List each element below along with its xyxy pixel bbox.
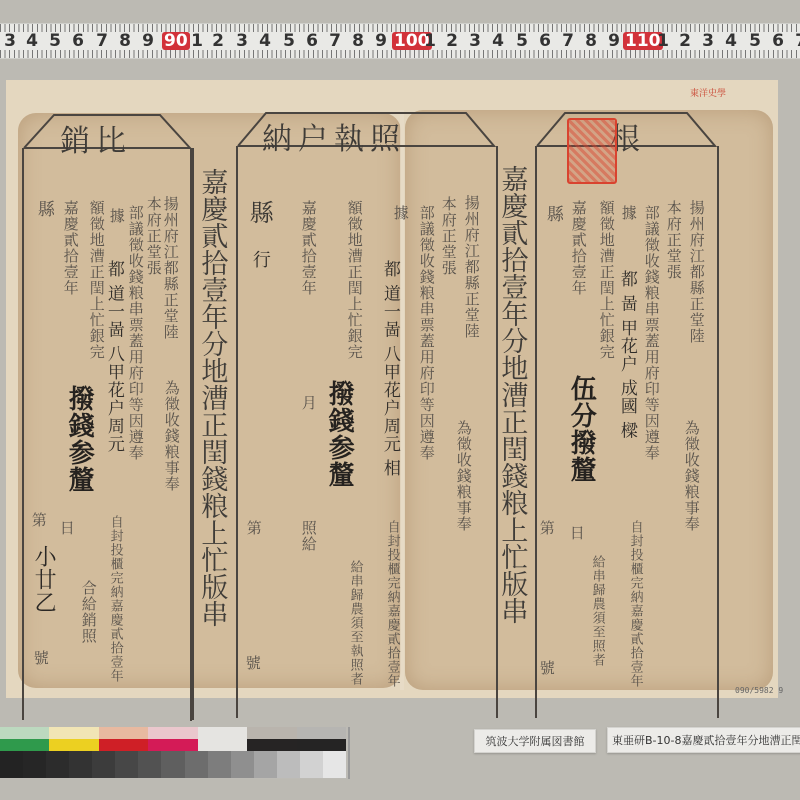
ruler-number: 8 xyxy=(115,32,135,50)
color-swatch xyxy=(231,751,254,778)
ruler-number: 2 xyxy=(208,32,228,50)
main-line-middle: 嘉慶貳拾壹年分地漕正閏錢粮上忙版串 xyxy=(497,165,525,695)
text-di-left: 第 xyxy=(30,512,46,528)
main-line-left: 嘉慶貳拾壹年分地漕正閏錢粮上忙版串 xyxy=(197,168,225,698)
text-col4-right: 據 xyxy=(620,205,636,221)
text-col1-middle: 揚州府江都縣正堂陸 xyxy=(463,195,479,339)
color-swatch xyxy=(247,739,296,751)
color-swatch xyxy=(185,751,208,778)
text-county-right: 縣 xyxy=(543,205,561,223)
text-bottom1-right: 自封投櫃完納嘉慶貳拾壹年 xyxy=(628,520,642,688)
ruler-number: 9 xyxy=(138,32,158,50)
amount-bold-right: 伍分撥釐 xyxy=(567,375,594,483)
text-col6-left: 嘉慶貳拾壹年 xyxy=(62,200,78,296)
text-col5-middle: 額徵地漕正閏上忙銀完 xyxy=(346,200,362,360)
catalog-label: 東亜研B-10-8 嘉慶貳拾壹年分地漕正閏錢糧 xyxy=(607,727,800,753)
text-col2-right: 本府正堂張 xyxy=(665,200,681,280)
text-col1-right: 揚州府江都縣正堂陸 xyxy=(688,200,704,344)
ruler-number: 7 xyxy=(791,32,800,50)
ruler-number: 3 xyxy=(698,32,718,50)
color-swatch xyxy=(254,751,277,778)
measuring-ruler: 3456789901234567891001234567891101234567 xyxy=(0,23,800,59)
ruler-number: 5 xyxy=(45,32,65,50)
catalog-id: 東亜研B-10-8 xyxy=(612,732,681,748)
color-chart-grayscale-row xyxy=(0,751,346,778)
ruler-number: 3 xyxy=(465,32,485,50)
text-county-middle: 縣 xyxy=(246,200,271,225)
text-col3-right: 部議徵收錢粮串票蓋用府印等因遵奉 xyxy=(643,205,659,461)
ruler-number: 4 xyxy=(255,32,275,50)
color-swatch xyxy=(148,727,197,739)
color-swatch xyxy=(99,727,148,739)
text-col2-left: 本府正堂張 xyxy=(145,196,161,276)
color-swatch xyxy=(138,751,161,778)
text-bottom2-right: 給串歸農須至照者 xyxy=(590,555,604,667)
text-yue-middle: 月 xyxy=(300,395,316,411)
ruler-number: 4 xyxy=(22,32,42,50)
text-bottom1-middle: 自封投櫃完納嘉慶貳拾壹年 xyxy=(385,520,399,688)
color-swatch xyxy=(198,739,247,751)
ruler-number: 2 xyxy=(442,32,462,50)
text-right-left: 為徵收錢粮事奉 xyxy=(163,380,179,492)
color-swatch xyxy=(49,727,98,739)
ruler-number: 5 xyxy=(279,32,299,50)
text-col3-left: 部議徵收錢粮串票蓋用府印等因遵奉 xyxy=(127,205,143,461)
inventory-number: 090/5982 9 xyxy=(735,686,783,695)
text-col3-middle: 部議徵收錢粮串票蓋用府印等因遵奉 xyxy=(418,205,434,461)
handwritten-entry-middle: 都 道一啚 八甲花户周元 相 xyxy=(380,260,398,477)
color-calibration-chart xyxy=(0,727,350,779)
color-swatch xyxy=(0,727,49,739)
text-right-middle: 為徵收錢粮事奉 xyxy=(455,420,471,532)
color-swatch xyxy=(69,751,92,778)
ruler-number: 5 xyxy=(512,32,532,50)
color-swatch xyxy=(115,751,138,778)
text-col5-left: 額徵地漕正閏上忙銀完 xyxy=(88,200,104,360)
text-di-right: 第 xyxy=(538,520,554,536)
color-swatch xyxy=(208,751,231,778)
text-col6-right: 嘉慶貳拾壹年 xyxy=(570,200,586,296)
text-hao-right: 號 xyxy=(538,660,554,676)
color-swatch xyxy=(161,751,184,778)
text-col4-left: 據 xyxy=(108,208,124,224)
color-swatch xyxy=(49,739,98,751)
collection-stamp: 東洋史學 xyxy=(690,86,726,99)
ruler-number: 9 xyxy=(371,32,391,50)
amount-bold-left: 撥錢参釐 xyxy=(65,385,92,493)
ruler-number: 4 xyxy=(488,32,508,50)
color-swatch xyxy=(300,751,323,778)
ruler-number: 6 xyxy=(535,32,555,50)
handwritten-entry-left: 都 道一啚 八甲花户周元 xyxy=(104,260,122,453)
ruler-ticks-bottom xyxy=(0,50,800,58)
text-hao-left: 號 xyxy=(32,650,48,666)
ruler-number: 7 xyxy=(558,32,578,50)
ruler-number: 8 xyxy=(348,32,368,50)
handwritten-number-left: 小廿乙 xyxy=(32,545,55,614)
ruler-number: 6 xyxy=(68,32,88,50)
text-ri-right: 日 xyxy=(568,525,584,541)
color-swatch xyxy=(297,739,346,751)
ruler-number: 2 xyxy=(675,32,695,50)
text-bottom1-left: 自封投櫃完納嘉慶貳拾壹年 xyxy=(108,515,122,683)
ruler-number: 1 xyxy=(653,32,673,50)
color-swatch xyxy=(92,751,115,778)
color-swatch xyxy=(23,751,46,778)
text-bottom2-middle: 給串歸農須至執照者 xyxy=(348,560,362,686)
color-swatch xyxy=(297,727,346,739)
color-swatch xyxy=(323,751,346,778)
ruler-number: 8 xyxy=(581,32,601,50)
ruler-number: 6 xyxy=(302,32,322,50)
ruler-number: 1 xyxy=(420,32,440,50)
text-col4-middle: 據 xyxy=(392,205,408,221)
color-chart-saturated-row xyxy=(0,739,346,751)
library-label: 筑波大学附属図書館 xyxy=(474,729,596,753)
handwritten-county-middle: 行 xyxy=(250,250,269,269)
text-col5-right: 額徵地漕正閏上忙銀完 xyxy=(598,200,614,360)
amount-bold-middle: 撥錢参釐 xyxy=(325,380,352,488)
handwritten-entry-right: 都 啚 甲花户 成國 樑 xyxy=(617,270,635,440)
text-jigei-middle: 照給 xyxy=(300,520,316,552)
color-swatch xyxy=(46,751,69,778)
catalog-title: 嘉慶貳拾壹年分地漕正閏錢糧 xyxy=(681,732,800,748)
ruler-number: 3 xyxy=(232,32,252,50)
color-swatch xyxy=(0,751,23,778)
color-swatch xyxy=(277,751,300,778)
color-swatch xyxy=(247,727,296,739)
color-chart-pastel-row xyxy=(0,727,346,739)
color-swatch xyxy=(0,739,49,751)
ruler-number: 3 xyxy=(0,32,20,50)
text-hao-middle: 號 xyxy=(244,655,260,671)
text-col2-middle: 本府正堂張 xyxy=(440,196,456,276)
ruler-number: 4 xyxy=(721,32,741,50)
ruler-number: 7 xyxy=(92,32,112,50)
text-county-left: 縣 xyxy=(34,200,52,218)
ruler-number: 90 xyxy=(162,32,190,50)
text-col1-left: 揚州府江都縣正堂陸 xyxy=(162,196,178,340)
color-swatch xyxy=(99,739,148,751)
text-ri-left: 日 xyxy=(58,520,74,536)
ruler-number: 9 xyxy=(604,32,624,50)
text-bottom2-left: 合給銷照 xyxy=(80,580,96,644)
ruler-number: 1 xyxy=(187,32,207,50)
text-col6-middle: 嘉慶貳拾壹年 xyxy=(300,200,316,296)
text-di-middle: 第 xyxy=(245,520,261,536)
panel-divider-left xyxy=(190,148,192,721)
color-swatch xyxy=(148,739,197,751)
color-swatch xyxy=(198,727,247,739)
ruler-number: 7 xyxy=(325,32,345,50)
ruler-number: 6 xyxy=(768,32,788,50)
text-right-right: 為徵收錢粮事奉 xyxy=(683,420,699,532)
ruler-number: 5 xyxy=(745,32,765,50)
